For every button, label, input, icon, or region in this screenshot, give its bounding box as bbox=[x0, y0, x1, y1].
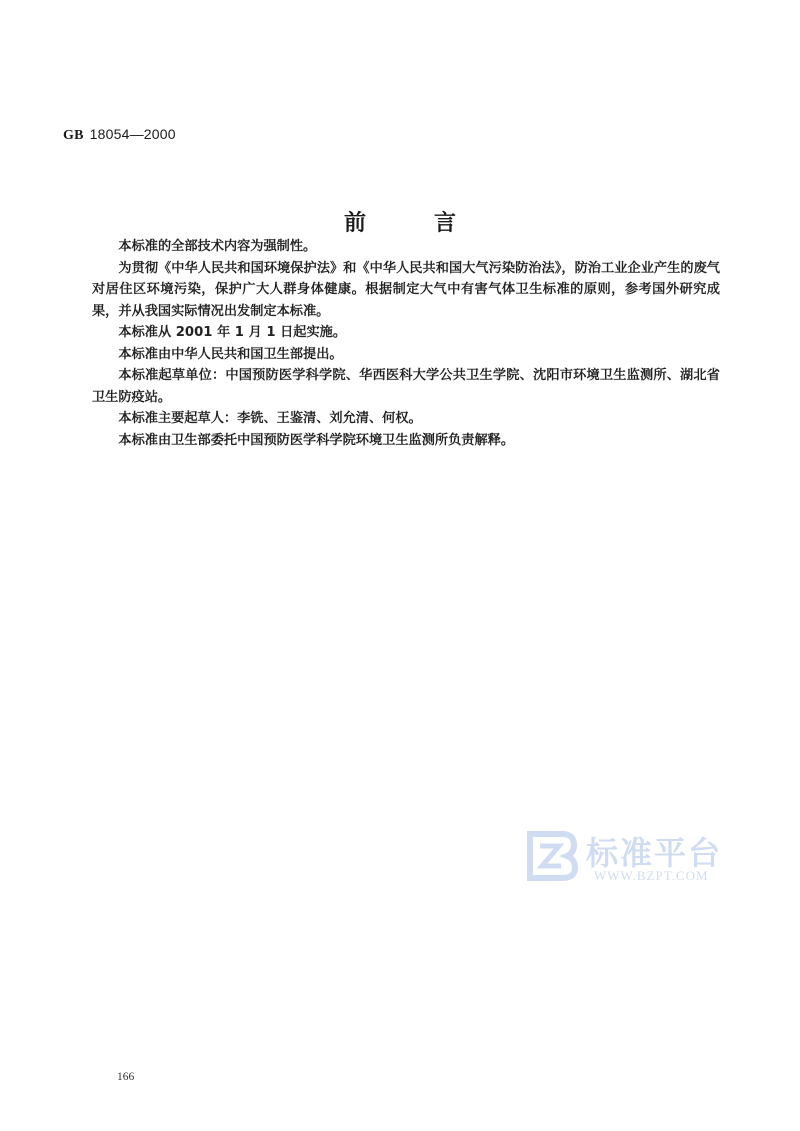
watermark-url: WWW.BZPT.COM bbox=[594, 868, 709, 884]
paragraph-effective-date: 本标准从 2001 年 1 月 1 日起实施。 bbox=[92, 322, 720, 344]
title-char-1: 前 bbox=[344, 206, 366, 237]
standard-code: GB18054—2000 bbox=[63, 126, 176, 144]
paragraph-purpose: 为贯彻《中华人民共和国环境保护法》和《中华人民共和国大气污染防治法》，防治工业企… bbox=[92, 258, 720, 323]
paragraph-drafting-units: 本标准起草单位：中国预防医学科学院、华西医科大学公共卫生学院、沈阳市环境卫生监测… bbox=[92, 365, 720, 408]
standard-prefix: GB bbox=[63, 128, 84, 143]
paragraph-proposer: 本标准由中华人民共和国卫生部提出。 bbox=[92, 344, 720, 366]
title-char-2: 言 bbox=[434, 206, 456, 237]
paragraph-mandatory: 本标准的全部技术内容为强制性。 bbox=[92, 236, 720, 258]
watermark: 标准平台 WWW.BZPT.COM bbox=[526, 826, 726, 890]
paragraph-interpretation: 本标准由卫生部委托中国预防医学科学院环境卫生监测所负责解释。 bbox=[92, 430, 720, 452]
page-number: 166 bbox=[117, 1071, 134, 1083]
standard-number: 18054—2000 bbox=[90, 126, 176, 142]
paragraph-drafters: 本标准主要起草人：李铣、王鉴清、刘允清、何权。 bbox=[92, 408, 720, 430]
page-title: 前言 bbox=[0, 206, 800, 237]
foreword-body: 本标准的全部技术内容为强制性。 为贯彻《中华人民共和国环境保护法》和《中华人民共… bbox=[92, 236, 720, 451]
bz-logo-icon bbox=[526, 830, 578, 882]
